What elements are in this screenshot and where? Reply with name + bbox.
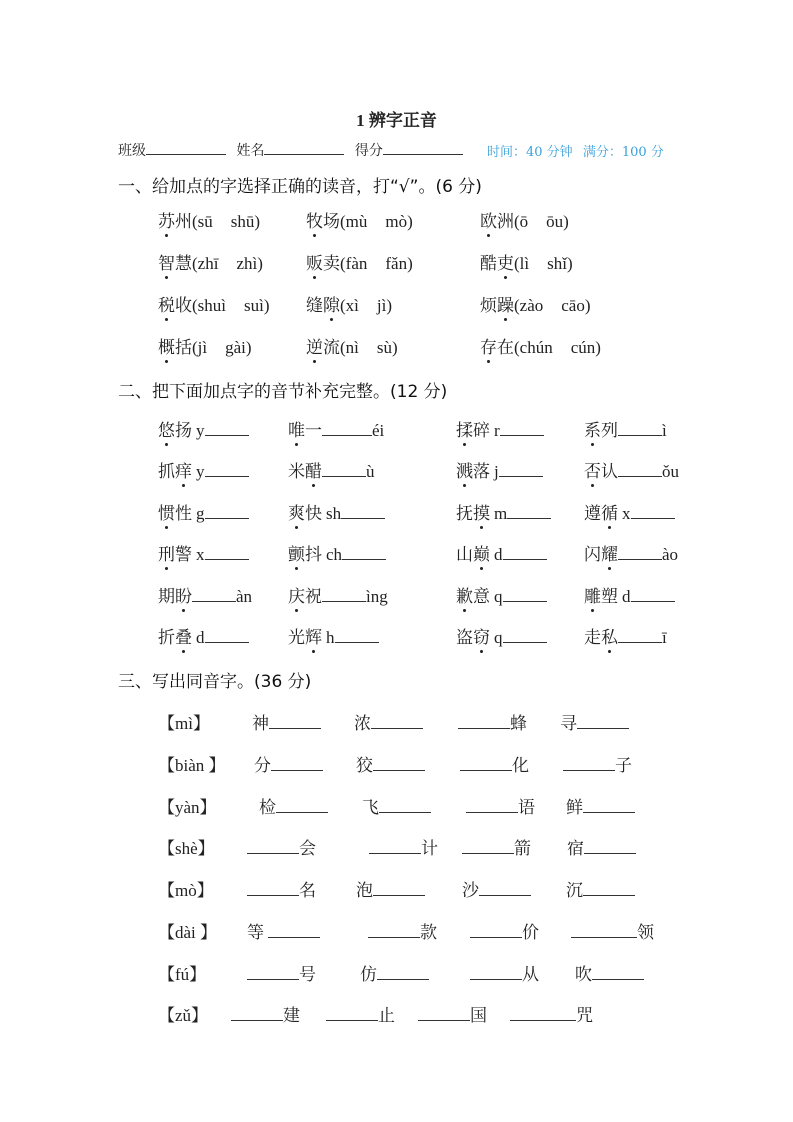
answer-blank[interactable] — [470, 922, 522, 938]
pinyin-option[interactable]: sù — [377, 338, 392, 357]
page-title: 1 辨字正音 — [0, 106, 793, 131]
answer-blank[interactable] — [379, 797, 431, 813]
dotted-char: 叠 — [175, 623, 192, 648]
homophone-word: 建 — [231, 1001, 300, 1026]
answer-blank[interactable] — [335, 627, 379, 643]
given-char: 箭 — [514, 839, 531, 858]
answer-blank[interactable] — [507, 503, 551, 519]
pinyin-option[interactable]: ōu — [546, 212, 563, 231]
given-char: 从 — [522, 965, 539, 984]
paren: ) — [264, 296, 270, 315]
pinyin-option[interactable]: chún — [520, 338, 553, 357]
paren: ) — [254, 212, 260, 231]
choice-item: 牧场(mùmò) — [306, 207, 413, 232]
syllable-prefix: q — [494, 628, 503, 647]
syllable-item: 抓痒y — [158, 457, 249, 482]
char: 抚 — [456, 504, 473, 523]
dotted-char: 欧 — [480, 207, 497, 232]
answer-blank[interactable] — [205, 420, 249, 436]
dotted-char: 躁 — [497, 291, 514, 316]
answer-blank[interactable] — [583, 797, 635, 813]
paren: ) — [567, 254, 573, 273]
syllable-prefix: x — [196, 545, 205, 564]
pinyin-option[interactable]: fàn — [346, 254, 368, 273]
dotted-char: 私 — [601, 623, 618, 648]
dotted-char: 唯 — [288, 416, 305, 441]
paren: ) — [407, 254, 413, 273]
dotted-char: 智 — [158, 249, 175, 274]
syllable-item: 闪耀ào — [584, 540, 678, 565]
dotted-char: 耀 — [601, 540, 618, 565]
pinyin-option[interactable]: nì — [346, 338, 359, 357]
answer-blank[interactable] — [479, 880, 531, 896]
syllable-item: 爽快sh — [288, 499, 385, 524]
class-field[interactable] — [146, 140, 226, 155]
answer-blank[interactable] — [460, 755, 512, 771]
answer-blank[interactable] — [322, 461, 366, 477]
pinyin-option[interactable]: suì — [244, 296, 264, 315]
homophone-word: 会 — [247, 834, 316, 859]
syllable-prefix: sh — [326, 504, 341, 523]
answer-blank[interactable] — [269, 713, 321, 729]
choice-item: 贩卖(fànfǎn) — [306, 249, 413, 274]
char: 烦 — [480, 296, 497, 315]
syllable-prefix: ch — [326, 545, 342, 564]
given-char: 子 — [615, 756, 632, 775]
syllable-prefix: m — [494, 504, 507, 523]
pinyin-tag: 【shè】 — [158, 834, 215, 859]
syllable-suffix: ào — [662, 545, 678, 564]
full-score: 满分：100 分 — [583, 145, 664, 160]
homophone-word: 国 — [418, 1001, 487, 1026]
given-char: 吹 — [575, 965, 592, 984]
answer-blank[interactable] — [592, 964, 644, 980]
answer-blank[interactable] — [503, 544, 547, 560]
syllable-item: 山巅d — [456, 540, 547, 565]
answer-blank[interactable] — [631, 503, 675, 519]
dotted-char: 痒 — [175, 457, 192, 482]
dotted-char: 醋 — [305, 457, 322, 482]
syllable-suffix: ǒu — [662, 462, 679, 481]
char: 卖 — [323, 254, 340, 273]
answer-blank[interactable] — [205, 544, 249, 560]
given-char: 领 — [637, 923, 654, 942]
syllable-item: 米醋ù — [288, 457, 375, 482]
given-char: 寻 — [560, 714, 577, 733]
syllable-prefix: x — [622, 504, 631, 523]
homophone-word: 款 — [368, 918, 437, 943]
syllable-item: 否认ǒu — [584, 457, 679, 482]
syllable-item: 刑警x — [158, 540, 249, 565]
syllable-item: 抚摸m — [456, 499, 551, 524]
dotted-char: 溅 — [456, 457, 473, 482]
name-label: 姓名 — [236, 143, 264, 159]
time-limit: 时间：40 分钟 — [487, 145, 573, 160]
syllable-suffix: àn — [236, 587, 252, 606]
syllable-item: 惯性g — [158, 499, 249, 524]
choice-item: 缝隙(xìjì) — [306, 291, 392, 316]
pinyin-option[interactable]: jì — [198, 338, 207, 357]
answer-blank[interactable] — [276, 797, 328, 813]
syllable-item: 溅落j — [456, 457, 543, 482]
homophone-word: 沙 — [462, 876, 531, 901]
paren: ) — [246, 338, 252, 357]
homophone-word: 计 — [369, 834, 438, 859]
syllable-suffix: ìng — [366, 587, 388, 606]
answer-blank[interactable] — [247, 880, 299, 896]
pinyin-option[interactable]: ō — [520, 212, 529, 231]
char: 盗 — [456, 628, 473, 647]
homophone-word: 吹 — [575, 960, 644, 985]
student-info: 班级 姓名 得分 — [118, 140, 463, 160]
dotted-char: 惯 — [158, 499, 175, 524]
dotted-char: 刑 — [158, 540, 175, 565]
char: 流 — [323, 338, 340, 357]
answer-blank[interactable] — [247, 964, 299, 980]
char: 收 — [175, 296, 192, 315]
homophone-word: 等 — [247, 918, 320, 943]
homophone-word: 蜂 — [458, 709, 527, 734]
pinyin-option[interactable]: fǎn — [385, 254, 407, 273]
given-char: 沙 — [462, 881, 479, 900]
answer-blank[interactable] — [458, 713, 510, 729]
answer-blank[interactable] — [322, 420, 372, 436]
given-char: 神 — [252, 714, 269, 733]
answer-blank[interactable] — [500, 420, 544, 436]
homophone-word: 咒 — [510, 1001, 593, 1026]
score-field[interactable] — [383, 140, 463, 155]
answer-blank[interactable] — [418, 1005, 470, 1021]
paren: ) — [595, 338, 601, 357]
answer-blank[interactable] — [205, 627, 249, 643]
given-char: 分 — [254, 756, 271, 775]
syllable-prefix: d — [494, 545, 503, 564]
homophone-word: 仿 — [360, 960, 429, 985]
homophone-word: 鲜 — [566, 793, 635, 818]
given-char: 止 — [378, 1006, 395, 1025]
answer-blank[interactable] — [584, 838, 636, 854]
homophone-word: 泡 — [356, 876, 425, 901]
answer-blank[interactable] — [326, 1005, 378, 1021]
pinyin-option[interactable]: mù — [346, 212, 368, 231]
char: 光 — [288, 628, 305, 647]
given-char: 仿 — [360, 965, 377, 984]
char: 括 — [175, 338, 192, 357]
syllable-item: 歉意q — [456, 582, 547, 607]
char: 抓 — [158, 462, 175, 481]
answer-blank[interactable] — [618, 461, 662, 477]
char: 州 — [175, 212, 192, 231]
homophone-word: 宿 — [567, 834, 636, 859]
homophone-word: 狡 — [356, 751, 425, 776]
syllable-item: 庆祝ìng — [288, 582, 388, 607]
pinyin-tag: 【mò】 — [158, 876, 214, 901]
paren: ) — [386, 296, 392, 315]
answer-blank[interactable] — [373, 880, 425, 896]
char: 认 — [601, 462, 618, 481]
char: 期 — [158, 587, 175, 606]
char: 慧 — [175, 254, 192, 273]
dotted-char: 悠 — [158, 416, 175, 441]
given-char: 鲜 — [566, 798, 583, 817]
given-char: 化 — [512, 756, 529, 775]
answer-blank[interactable] — [231, 1005, 283, 1021]
char: 走 — [584, 628, 601, 647]
char: 山 — [456, 545, 473, 564]
answer-blank[interactable] — [571, 922, 637, 938]
pinyin-option[interactable]: mò — [385, 212, 407, 231]
char: 祝 — [305, 587, 322, 606]
char: 在 — [497, 338, 514, 357]
pinyin-tag: 【fú】 — [158, 960, 206, 985]
syllable-item: 遵循x — [584, 499, 675, 524]
dotted-char: 歉 — [456, 582, 473, 607]
answer-blank[interactable] — [583, 880, 635, 896]
homophone-word: 止 — [326, 1001, 395, 1026]
dotted-char: 隙 — [323, 291, 340, 316]
given-char: 国 — [470, 1006, 487, 1025]
paren: ) — [563, 212, 569, 231]
answer-blank[interactable] — [373, 755, 425, 771]
section3-heading: 三、写出同音字。(36 分) — [118, 667, 311, 692]
syllable-prefix: g — [196, 504, 205, 523]
dotted-char: 税 — [158, 291, 175, 316]
given-char: 语 — [518, 798, 535, 817]
syllable-item: 光辉h — [288, 623, 379, 648]
char: 一 — [305, 421, 322, 440]
dotted-char: 逆 — [306, 333, 323, 358]
paren: ) — [407, 212, 413, 231]
homophone-word: 名 — [247, 876, 316, 901]
dotted-char: 苏 — [158, 207, 175, 232]
homophone-word: 价 — [470, 918, 539, 943]
homophone-word: 领 — [571, 918, 654, 943]
homophone-word: 浓 — [354, 709, 423, 734]
syllable-suffix: éi — [372, 421, 384, 440]
answer-blank[interactable] — [563, 755, 615, 771]
pinyin-option[interactable]: gài — [225, 338, 246, 357]
dotted-char: 雕 — [584, 582, 601, 607]
syllable-item: 折叠d — [158, 623, 249, 648]
given-char: 名 — [299, 881, 316, 900]
homophone-word: 子 — [563, 751, 632, 776]
answer-blank[interactable] — [618, 544, 662, 560]
answer-blank[interactable] — [618, 627, 662, 643]
dotted-char: 辉 — [305, 623, 322, 648]
answer-blank[interactable] — [247, 838, 299, 854]
dotted-char: 窃 — [473, 623, 490, 648]
char: 快 — [305, 504, 322, 523]
answer-blank[interactable] — [342, 544, 386, 560]
answer-blank[interactable] — [466, 797, 518, 813]
answer-blank[interactable] — [462, 838, 514, 854]
choice-item: 酷吏(lìshǐ) — [480, 249, 573, 274]
dotted-char: 吏 — [497, 249, 514, 274]
answer-blank[interactable] — [205, 503, 249, 519]
choice-item: 税收(shuìsuì) — [158, 291, 270, 316]
syllable-suffix: ì — [662, 421, 667, 440]
answer-blank[interactable] — [499, 461, 543, 477]
exam-meta: 时间：40 分钟 满分：100 分 — [487, 141, 664, 160]
given-char: 价 — [522, 923, 539, 942]
dotted-char: 概 — [158, 333, 175, 358]
syllable-item: 期盼àn — [158, 582, 252, 607]
answer-blank[interactable] — [470, 964, 522, 980]
given-char: 蜂 — [510, 714, 527, 733]
choice-item: 概括(jìgài) — [158, 333, 252, 358]
pinyin-option[interactable]: sū — [198, 212, 213, 231]
pinyin-option[interactable]: zhī — [198, 254, 219, 273]
paren: ) — [392, 338, 398, 357]
syllable-item: 颤抖ch — [288, 540, 386, 565]
homophone-word: 语 — [466, 793, 535, 818]
char: 缝 — [306, 296, 323, 315]
char: 遵 — [584, 504, 601, 523]
dotted-char: 盼 — [175, 582, 192, 607]
given-char: 沉 — [566, 881, 583, 900]
homophone-word: 分 — [254, 751, 323, 776]
char: 洲 — [497, 212, 514, 231]
char: 米 — [288, 462, 305, 481]
char: 塑 — [601, 587, 618, 606]
char: 碎 — [473, 421, 490, 440]
pinyin-option[interactable]: zhì — [236, 254, 257, 273]
char: 性 — [175, 504, 192, 523]
pinyin-option[interactable]: zào — [520, 296, 544, 315]
syllable-prefix: y — [196, 421, 205, 440]
homophone-word: 飞 — [362, 793, 431, 818]
paren: ) — [257, 254, 263, 273]
choice-item: 存在(chúncún) — [480, 333, 601, 358]
answer-blank[interactable] — [631, 586, 675, 602]
given-char: 飞 — [362, 798, 379, 817]
answer-blank[interactable] — [205, 461, 249, 477]
homophone-word: 寻 — [560, 709, 629, 734]
syllable-item: 走私ī — [584, 623, 667, 648]
syllable-item: 盗窃q — [456, 623, 547, 648]
syllable-item: 揉碎r — [456, 416, 544, 441]
char: 闪 — [584, 545, 601, 564]
given-char: 款 — [420, 923, 437, 942]
answer-blank[interactable] — [503, 586, 547, 602]
homophone-word: 神 — [252, 709, 321, 734]
pinyin-tag: 【yàn】 — [158, 793, 217, 818]
pinyin-option[interactable]: shǐ — [547, 254, 567, 273]
given-char: 号 — [299, 965, 316, 984]
given-char: 宿 — [567, 839, 584, 858]
choice-item: 欧洲(ōōu) — [480, 207, 569, 232]
syllable-item: 雕塑d — [584, 582, 675, 607]
char: 抖 — [305, 545, 322, 564]
pinyin-option[interactable]: cún — [571, 338, 596, 357]
given-char: 泡 — [356, 881, 373, 900]
homophone-word: 检 — [259, 793, 328, 818]
syllable-item: 系列ì — [584, 416, 667, 441]
syllable-prefix: h — [326, 628, 335, 647]
homophone-word: 号 — [247, 960, 316, 985]
pinyin-tag: 【biàn 】 — [158, 751, 226, 776]
answer-blank[interactable] — [268, 922, 320, 938]
pinyin-tag: 【zǔ】 — [158, 1001, 208, 1026]
answer-blank[interactable] — [371, 713, 423, 729]
char: 场 — [323, 212, 340, 231]
choice-item: 苏州(sūshū) — [158, 207, 260, 232]
choice-item: 烦躁(zàocāo) — [480, 291, 591, 316]
pinyin-tag: 【mì】 — [158, 709, 210, 734]
given-char: 狡 — [356, 756, 373, 775]
given-char: 计 — [421, 839, 438, 858]
homophone-word: 沉 — [566, 876, 635, 901]
score-label: 得分 — [355, 143, 383, 159]
section2-heading: 二、把下面加点字的音节补充完整。(12 分) — [118, 377, 447, 402]
syllable-prefix: y — [196, 462, 205, 481]
pinyin-option[interactable]: lì — [520, 254, 529, 273]
answer-blank[interactable] — [618, 420, 662, 436]
answer-blank[interactable] — [322, 586, 366, 602]
dotted-char: 爽 — [288, 499, 305, 524]
char: 扬 — [175, 421, 192, 440]
answer-blank[interactable] — [503, 627, 547, 643]
pinyin-option[interactable]: xì — [346, 296, 359, 315]
pinyin-option[interactable]: shū — [231, 212, 255, 231]
dotted-char: 颤 — [288, 540, 305, 565]
homophone-word: 箭 — [462, 834, 531, 859]
given-char: 会 — [299, 839, 316, 858]
answer-blank[interactable] — [510, 1005, 576, 1021]
answer-blank[interactable] — [271, 755, 323, 771]
pinyin-tag: 【dài 】 — [158, 918, 217, 943]
answer-blank[interactable] — [577, 713, 629, 729]
answer-blank[interactable] — [192, 586, 236, 602]
answer-blank[interactable] — [377, 964, 429, 980]
given-char: 检 — [259, 798, 276, 817]
choice-item: 智慧(zhīzhì) — [158, 249, 263, 274]
char: 落 — [473, 462, 490, 481]
syllable-item: 悠扬y — [158, 416, 249, 441]
dotted-char: 循 — [601, 499, 618, 524]
char: 警 — [175, 545, 192, 564]
dotted-char: 庆 — [288, 582, 305, 607]
pinyin-option[interactable]: cāo — [561, 296, 585, 315]
answer-blank[interactable] — [368, 922, 420, 938]
char: 酷 — [480, 254, 497, 273]
choice-item: 逆流(nìsù) — [306, 333, 398, 358]
answer-blank[interactable] — [369, 838, 421, 854]
dotted-char: 巅 — [473, 540, 490, 565]
dotted-char: 贩 — [306, 249, 323, 274]
dotted-char: 系 — [584, 416, 601, 441]
syllable-prefix: d — [622, 587, 631, 606]
dotted-char: 存 — [480, 333, 497, 358]
syllable-suffix: ù — [366, 462, 375, 481]
pinyin-option[interactable]: jì — [377, 296, 386, 315]
name-field[interactable] — [264, 140, 344, 155]
homophone-word: 化 — [460, 751, 529, 776]
given-char: 浓 — [354, 714, 371, 733]
section1-heading: 一、给加点的字选择正确的读音，打“√”。(6 分) — [118, 172, 482, 197]
syllable-item: 唯一éi — [288, 416, 384, 441]
given-char: 建 — [283, 1006, 300, 1025]
dotted-char: 牧 — [306, 207, 323, 232]
given-char: 等 — [247, 923, 268, 942]
dotted-char: 否 — [584, 457, 601, 482]
char: 意 — [473, 587, 490, 606]
syllable-prefix: d — [196, 628, 205, 647]
pinyin-option[interactable]: shuì — [198, 296, 226, 315]
char: 折 — [158, 628, 175, 647]
answer-blank[interactable] — [341, 503, 385, 519]
char: 列 — [601, 421, 618, 440]
